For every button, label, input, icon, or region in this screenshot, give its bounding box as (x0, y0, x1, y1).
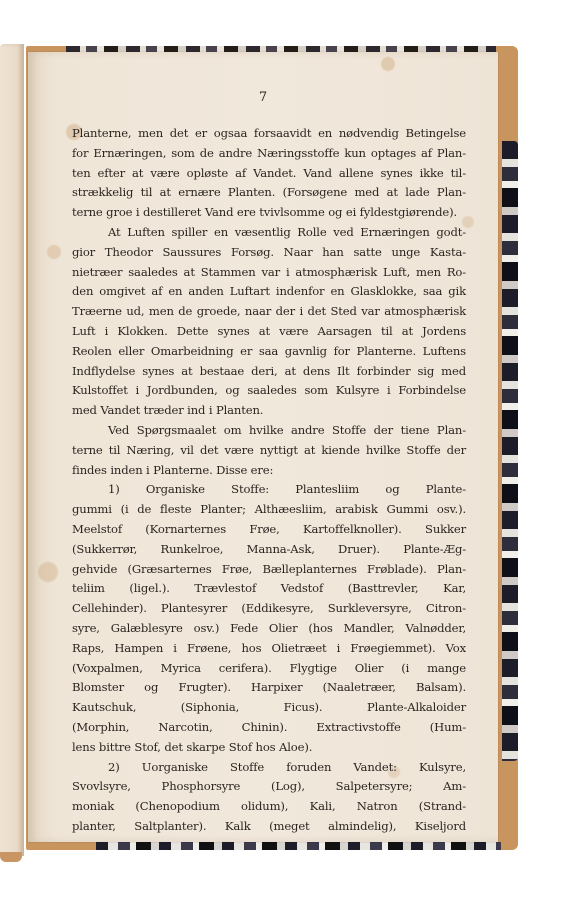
text-line: ten efter at være opløste af Vandet. Van… (72, 164, 466, 184)
text-line: Kautschuk, (Siphonia, Ficus). Plante-Alk… (72, 698, 466, 718)
book-page: 7 Planterne, men det er ogsaa forsaavidt… (28, 52, 498, 842)
text-line: nietræer saaledes at Stammen var i atmos… (72, 263, 466, 283)
text-line: med Vandet træder ind i Planten. (72, 401, 466, 421)
text-line: Træerne ud, men de groede, naar der i de… (72, 302, 466, 322)
text-line: Svovlsyre, Phosphorsyre (Log), Salpeters… (72, 777, 466, 797)
text-line: (Voxpalmen, Myrica cerifera). Flygtige O… (72, 659, 466, 679)
text-line: Raps, Hampen i Frøene, hos Olietræet i F… (72, 639, 466, 659)
page-text-body: Planterne, men det er ogsaa forsaavidt e… (72, 124, 466, 837)
left-facing-page-edge (0, 44, 24, 856)
text-line: strækkelig til at ernære Planten. (Forsø… (72, 183, 466, 203)
text-line: Cellehinder). Plantesyrer (Eddikesyre, S… (72, 599, 466, 619)
text-line: At Luften spiller en væsentlig Rolle ved… (72, 223, 466, 243)
text-line: Reolen eller Omarbeidning er saa gavnlig… (72, 342, 466, 362)
text-line: Kulstoffet i Jordbunden, og saaledes som… (72, 381, 466, 401)
marbled-edge-bottom (96, 842, 501, 850)
text-line: 1) Organiske Stoffe: Plantesliim og Plan… (72, 480, 466, 500)
text-line: syre, Galæblesyre osv.) Fede Olier (hos … (72, 619, 466, 639)
text-line: (Morphin, Narcotin, Chinin). Extractivst… (72, 718, 466, 738)
leather-cover-lip (0, 852, 22, 862)
text-line: Ved Spørgsmaalet om hvilke andre Stoffe … (72, 421, 466, 441)
marbled-edge-right (502, 141, 518, 761)
text-line: Blomster og Frugter). Harpixer (Naaletræ… (72, 678, 466, 698)
text-line: (Sukkerrør, Runkelroe, Manna-Ask, Druer)… (72, 540, 466, 560)
text-line: planter, Saltplanter). Kalk (meget almin… (72, 817, 466, 837)
text-line: findes inden i Planterne. Disse ere: (72, 461, 466, 481)
text-line: terne til Næring, vil det være nyttigt a… (72, 441, 466, 461)
text-line: moniak (Chenopodium olidum), Kali, Natro… (72, 797, 466, 817)
text-line: teliim (ligel.). Trævlestof Vedstof (Bas… (72, 579, 466, 599)
text-line: terne groe i destilleret Vand ere tvivls… (72, 203, 466, 223)
page-number: 7 (28, 90, 498, 105)
text-line: gummi (i de fleste Planter; Althæesliim,… (72, 500, 466, 520)
text-line: gior Theodor Saussures Forsøg. Naar han … (72, 243, 466, 263)
text-line: Indflydelse synes at bestaae deri, at de… (72, 362, 466, 382)
text-line: for Ernæringen, som de andre Næringsstof… (72, 144, 466, 164)
text-line: den omgivet af en anden Luftart indenfor… (72, 282, 466, 302)
text-line: gehvide (Græsarternes Frøe, Bælleplanter… (72, 560, 466, 580)
text-line: Meelstof (Kornarternes Frøe, Kartoffelkn… (72, 520, 466, 540)
text-line: 2) Uorganiske Stoffe foruden Vandet: Kul… (72, 758, 466, 778)
book-photo: 7 Planterne, men det er ogsaa forsaavidt… (0, 0, 569, 900)
text-line: Planterne, men det er ogsaa forsaavidt e… (72, 124, 466, 144)
text-line: lens bittre Stof, det skarpe Stof hos Al… (72, 738, 466, 758)
text-line: Luft i Klokken. Dette synes at være Aars… (72, 322, 466, 342)
